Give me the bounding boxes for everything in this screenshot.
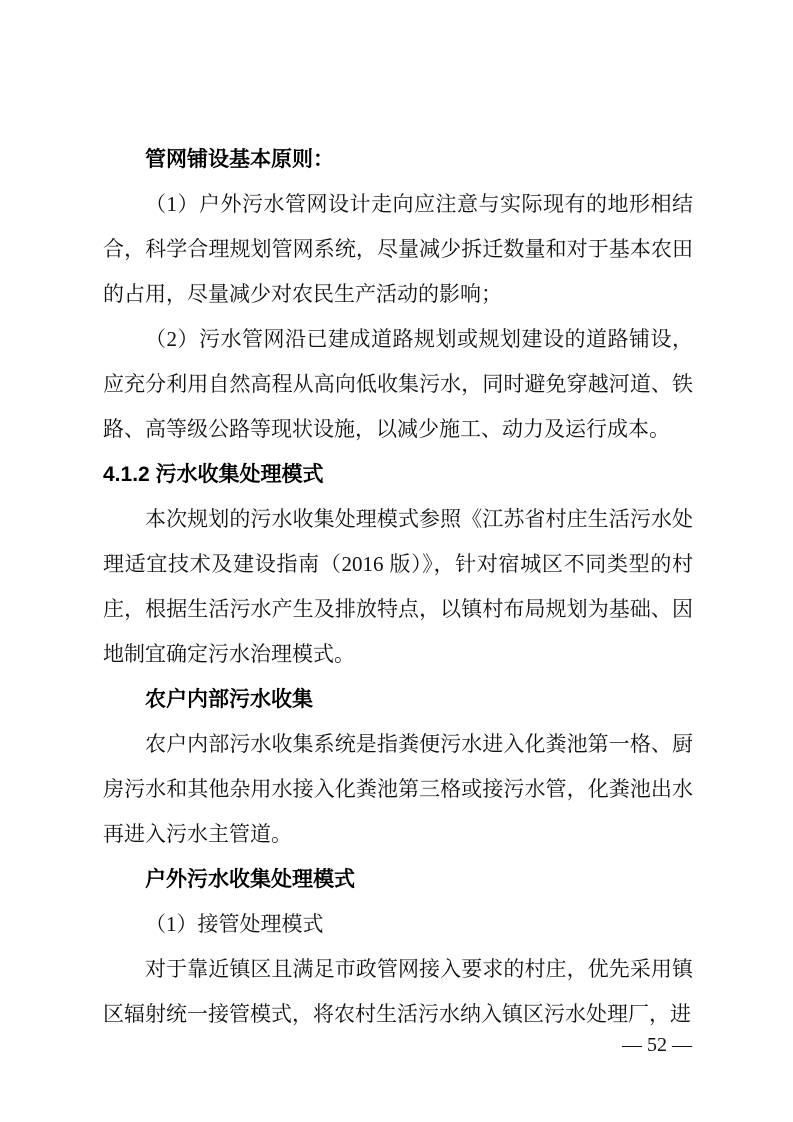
paragraph-near-town-villages: 对于靠近镇区且满足市政管网接入要求的村庄，优先采用镇区辐射统一接管模式，将农村生…: [103, 947, 693, 1037]
page-number: — 52 —: [622, 1033, 692, 1057]
paragraph-internal-collection-system: 农户内部污水收集系统是指粪便污水进入化粪池第一格、厨房污水和其他杂用水接入化粪池…: [103, 722, 693, 857]
paragraph-design-route: （1）户外污水管网设计走向应注意与实际现有的地形相结合，科学合理规划管网系统，尽…: [103, 182, 693, 317]
document-content: 管网铺设基本原则： （1）户外污水管网设计走向应注意与实际现有的地形相结合，科学…: [103, 137, 693, 1037]
section-heading-4-1-2: 4.1.2 污水收集处理模式: [103, 452, 693, 497]
document-page: 管网铺设基本原则： （1）户外污水管网设计走向应注意与实际现有的地形相结合，科学…: [0, 0, 793, 1122]
paragraph-planning-reference: 本次规划的污水收集处理模式参照《江苏省村庄生活污水处理适宜技术及建设指南（201…: [103, 497, 693, 677]
heading-household-internal-collection: 农户内部污水收集: [103, 677, 693, 722]
heading-pipe-laying-principles: 管网铺设基本原则：: [103, 137, 693, 182]
paragraph-pipe-connection-mode-title: （1）接管处理模式: [103, 902, 693, 947]
paragraph-along-roads: （2）污水管网沿已建成道路规划或规划建设的道路铺设，应充分利用自然高程从高向低收…: [103, 317, 693, 452]
heading-outdoor-collection-mode: 户外污水收集处理模式: [103, 857, 693, 902]
